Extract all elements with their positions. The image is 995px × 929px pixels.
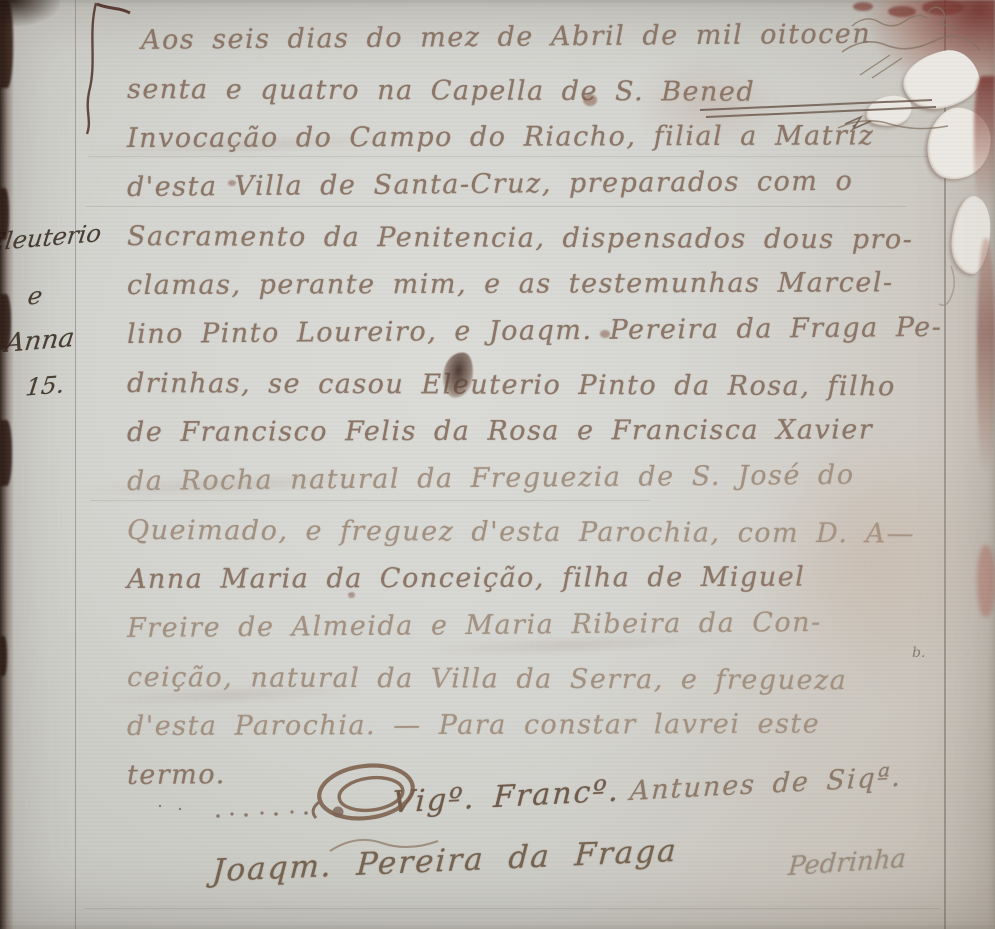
record-line: lino Pinto Loureiro, e Joaqm. Pereira da… [127,303,957,359]
record-line: clamas, perante mim, e as testemunhas Ma… [127,258,957,310]
record-line: Anna Maria da Conceição, filha de Miguel [127,552,957,604]
edge-stain [977,545,995,617]
record-line: d'esta Parochia. — Para constar lavrei e… [127,699,957,751]
book-binding-edge [0,0,14,929]
marginal-mark: b. [912,645,925,661]
edge-stain [974,76,995,206]
record-line: senta e quatro na Capella de S. Bened [127,65,957,118]
witness-signature-surname: Pedrinha [787,844,907,882]
binding-shadow-blob [0,0,13,88]
corner-shadow [0,0,60,26]
record-line: d'esta Villa de Santa-Cruz, preparados c… [127,156,957,212]
guide-line [84,908,940,909]
record-line: da Rocha natural da Freguezia de S. José… [127,450,957,506]
paper-tear-marks [87,3,130,134]
edge-stain [977,238,995,473]
margin-note-connector: e [26,281,44,310]
margin-note-bride-name: Anna [4,323,77,359]
record-line: Queimado, e freguez d'esta Parochia, com… [127,506,957,559]
record-line: drinhas, se casou Eleuterio Pinto da Ros… [127,359,957,412]
record-line: de Francisco Felis da Rosa e Francisca X… [127,405,957,457]
record-line: Sacramento da Penitencia, dispensados do… [127,212,957,265]
binding-shadow-blob [0,636,7,676]
margin-note-groom-name: Eleuterio [0,219,103,257]
record-line: ceição, natural da Villa da Serra, e fre… [127,653,957,706]
record-line: Freire de Almeida e Maria Ribeira da Con… [127,597,957,653]
record-text: Aos seis dias do mez de Abril de mil oit… [127,16,957,800]
margin-note-entry-number: 15. [24,370,66,401]
binding-shadow-blob [0,420,12,486]
signature-dot-trail [159,805,344,818]
record-line: Aos seis dias do mez de Abril de mil oit… [127,9,957,65]
witness-signature: Joaqm. Pereira da Fraga [211,833,679,889]
manuscript-page: Eleuterio e Anna 15. Aos seis dias do me… [0,0,995,929]
record-line: Invocação do Campo do Riacho, filial a M… [127,111,957,163]
margin-rule-left [75,0,76,929]
